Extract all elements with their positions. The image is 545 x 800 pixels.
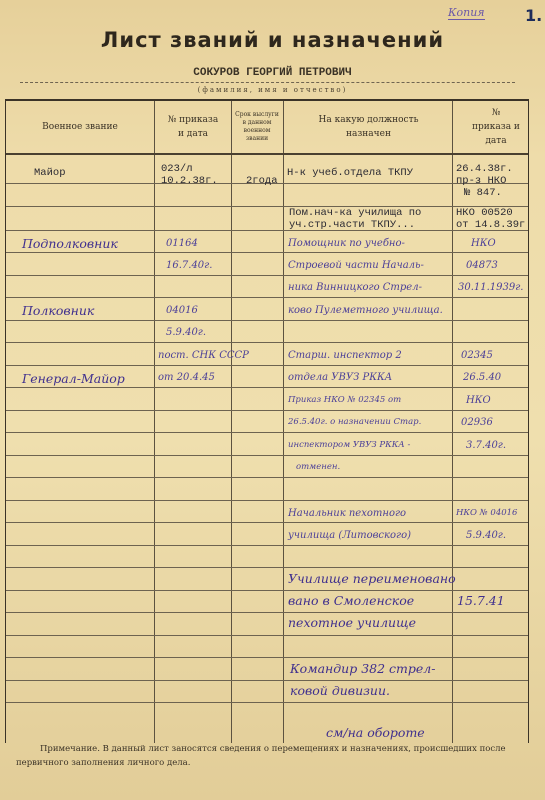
- appointment-order: 02345: [461, 350, 493, 361]
- rank-order-number: 01164: [166, 238, 198, 249]
- row-line: [6, 567, 528, 568]
- header-service-term: Срок выслуги в данном военном звании: [233, 101, 281, 153]
- appointment-position: ника Винницкого Стрел-: [288, 282, 422, 293]
- name-caption: (фамилия, имя и отчество): [0, 86, 545, 94]
- see-overleaf-note: см/на обороте: [326, 725, 425, 740]
- row-line: [6, 275, 528, 276]
- row-line: [6, 206, 528, 207]
- rank-colonel: Полковник: [22, 303, 94, 318]
- row-line: [6, 590, 528, 591]
- appointment-order: 04873: [466, 260, 498, 271]
- appointment-order: 15.7.41: [457, 593, 505, 608]
- row-line: [6, 230, 528, 231]
- appointment-order: 5.9.40г.: [466, 530, 506, 541]
- column-divider: [452, 101, 453, 743]
- appointment-order: пр-з НКО: [456, 175, 506, 187]
- header-rank: Военное звание: [6, 101, 154, 153]
- column-divider: [283, 101, 284, 743]
- row-line: [6, 635, 528, 636]
- row-line: [6, 342, 528, 343]
- row-line: [6, 410, 528, 411]
- row-line: [6, 477, 528, 478]
- rank-lt-colonel: Подполковник: [22, 236, 118, 251]
- appointment-position: Строевой части Началь-: [288, 260, 424, 271]
- appointment-position: Помощник по учебно-: [288, 238, 405, 249]
- appointment-order: НКО: [471, 238, 496, 249]
- ranks-table: Военное звание № приказа и дата Срок выс…: [5, 99, 529, 743]
- appointment-position: отменен.: [296, 462, 340, 472]
- name-underline: [20, 82, 515, 83]
- rank-major-general: Генерал-Майор: [22, 371, 125, 386]
- appointment-order: 02936: [461, 417, 493, 428]
- rank-order-date: 5.9.40г.: [166, 327, 206, 338]
- rank-order-number: 04016: [166, 305, 198, 316]
- appointment-order: НКО № 04016: [456, 508, 517, 518]
- appointment-position: Приказ НКО № 02345 от: [288, 395, 401, 405]
- appointment-position: Командир 382 стрел-: [290, 661, 435, 676]
- column-divider: [231, 101, 232, 743]
- appointment-position: 26.5.40г. о назначении Стар.: [288, 417, 421, 427]
- appointment-order: 26.5.40: [463, 372, 501, 383]
- appointment-order: от 14.8.39г: [456, 219, 525, 231]
- row-line: [6, 455, 528, 456]
- appointment-order: 26.4.38г.: [456, 163, 513, 175]
- rank-order-date: 16.7.40г.: [166, 260, 212, 271]
- page-number: 1.: [525, 6, 542, 25]
- row-line: [6, 320, 528, 321]
- copy-stamp: Копия: [448, 6, 485, 20]
- appointment-position: вано в Смоленское: [288, 593, 414, 608]
- rank-order-number: 023/л: [161, 163, 193, 175]
- appointment-position: отдела УВУЗ РККА: [288, 372, 392, 383]
- appointment-position: пехотное училище: [288, 615, 416, 630]
- appointment-position: Н-к учеб.отдела ТКПУ: [287, 167, 413, 179]
- row-line: [6, 545, 528, 546]
- row-line: [6, 612, 528, 613]
- rank-order-date: от 20.4.45: [158, 372, 215, 383]
- appointment-position: ковой дивизии.: [290, 683, 390, 698]
- document-title: Лист званий и назначений: [0, 28, 545, 52]
- appointment-position: училища (Литовского): [288, 530, 411, 541]
- appointment-order: НКО 00520: [456, 207, 513, 219]
- row-line: [6, 500, 528, 501]
- rank-order-date: 10.2.38г.: [161, 175, 218, 187]
- row-line: [6, 387, 528, 388]
- row-line: [6, 365, 528, 366]
- appointment-position: Училище переименовано: [288, 571, 456, 586]
- header-position-order: № приказа и дата: [471, 101, 521, 153]
- footnote: Примечание. В данный лист заносятся свед…: [16, 742, 516, 770]
- header-position: На какую должность назначен: [306, 101, 431, 153]
- appointment-order: № 847.: [464, 187, 502, 199]
- appointment-position: Начальник пехотного: [288, 508, 406, 519]
- header-rank-order: № приказа и дата: [166, 101, 220, 153]
- rank-assignment-sheet: Копия 1. Лист званий и назначений СОКУРО…: [0, 0, 545, 800]
- row-line: [6, 432, 528, 433]
- appointment-position: Пом.нач-ка училища по: [289, 207, 421, 219]
- appointment-position: Старш. инспектор 2: [288, 350, 402, 361]
- rank-order-number: пост. СНК СССР: [158, 350, 249, 361]
- row-line: [6, 252, 528, 253]
- row-line: [6, 297, 528, 298]
- appointment-order: 30.11.1939г.: [458, 282, 524, 293]
- appointment-position: ково Пулеметного училища.: [288, 305, 443, 316]
- row-line: [6, 522, 528, 523]
- person-name: СОКУРОВ ГЕОРГИЙ ПЕТРОВИЧ: [0, 67, 545, 79]
- row-line: [6, 702, 528, 703]
- appointment-order: НКО: [466, 395, 491, 406]
- service-term: 2года: [246, 175, 278, 187]
- rank-major: Майор: [34, 167, 66, 179]
- appointment-order: 3.7.40г.: [466, 440, 506, 451]
- appointment-position: уч.стр.части ТКПУ...: [289, 219, 415, 231]
- header-rule: [6, 153, 528, 155]
- column-divider: [154, 101, 155, 743]
- appointment-position: инспектором УВУЗ РККА -: [288, 440, 410, 450]
- row-line: [6, 680, 528, 681]
- row-line: [6, 657, 528, 658]
